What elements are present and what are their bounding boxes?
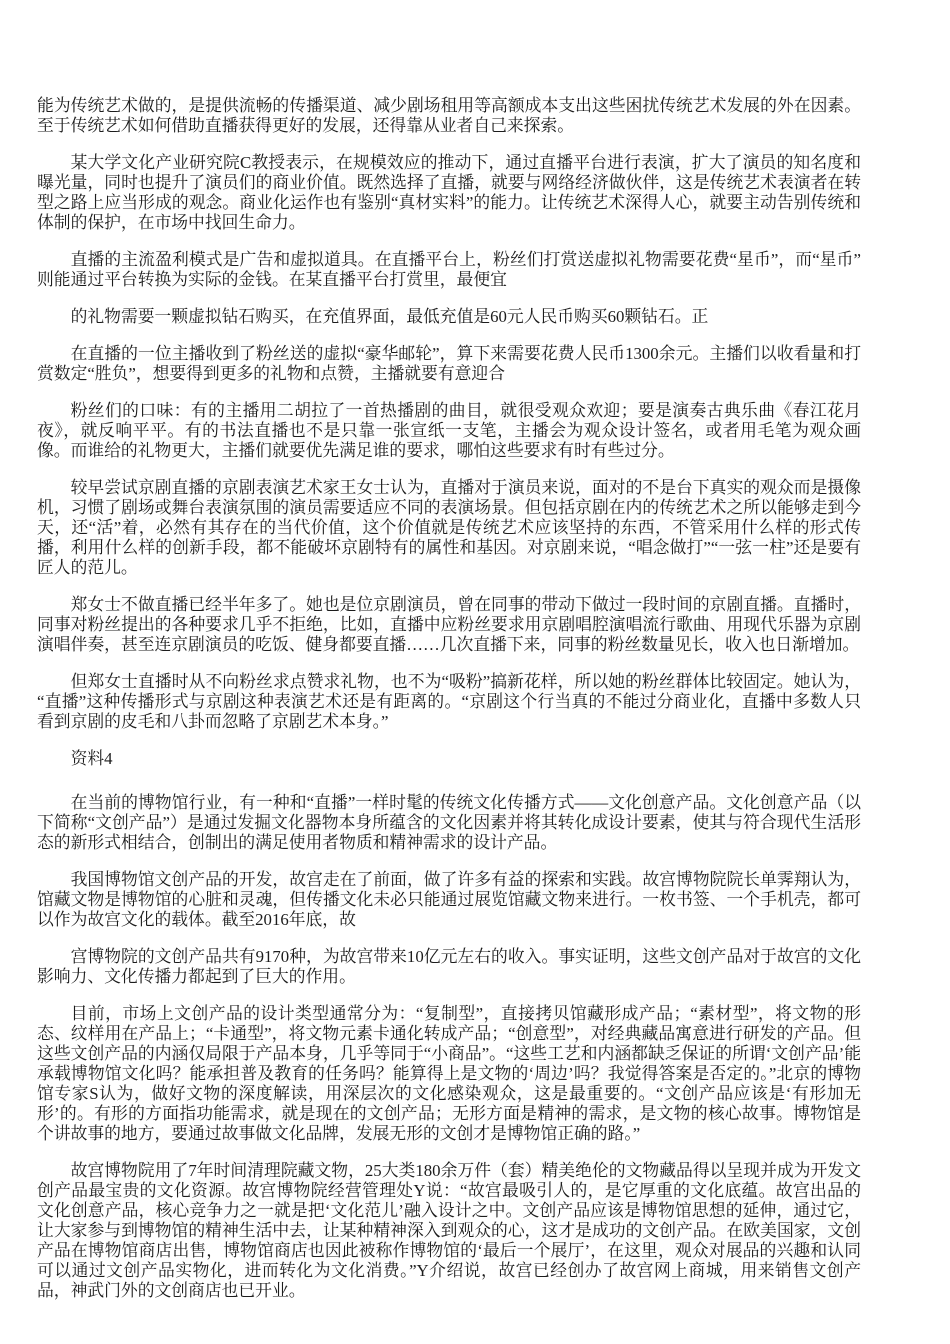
paragraph: 直播的主流盈利模式是广告和虚拟道具。在直播平台上，粉丝们打赏送虚拟礼物需要花费“… xyxy=(37,250,861,290)
paragraph: 粉丝们的口味：有的主播用二胡拉了一首热播剧的曲目，就很受观众欢迎；要是演奏古典乐… xyxy=(37,401,861,461)
paragraph: 某大学文化产业研究院C教授表示，在规模效应的推动下，通过直播平台进行表演，扩大了… xyxy=(37,153,861,233)
paragraph: 宫博物院的文创产品共有9170种，为故宫带来10亿元左右的收入。事实证明，这些文… xyxy=(37,947,861,987)
paragraph: 郑女士不做直播已经半年多了。她也是位京剧演员，曾在同事的带动下做过一段时间的京剧… xyxy=(37,595,861,655)
section-heading: 资料4 xyxy=(37,749,861,769)
paragraph: 目前，市场上文创产品的设计类型通常分为：“复制型”，直接拷贝馆藏形成产品；“素材… xyxy=(37,1004,861,1144)
paragraph: 我国博物馆文创产品的开发，故宫走在了前面，做了许多有益的探索和实践。故宫博物院院… xyxy=(37,870,861,930)
paragraph: 但郑女士直播时从不向粉丝求点赞求礼物，也不为“吸粉”搞新花样，所以她的粉丝群体比… xyxy=(37,672,861,732)
document-page: 能为传统艺术做的，是提供流畅的传播渠道、减少剧场租用等高额成本支出这些困扰传统艺… xyxy=(0,0,950,1344)
paragraph: 的礼物需要一颗虚拟钻石购买，在充值界面，最低充值是60元人民币购买60颗钻石。正 xyxy=(37,307,861,327)
paragraph-continuation: 能为传统艺术做的，是提供流畅的传播渠道、减少剧场租用等高额成本支出这些困扰传统艺… xyxy=(37,96,861,136)
paragraph: 在直播的一位主播收到了粉丝送的虚拟“豪华邮轮”，算下来需要花费人民币1300余元… xyxy=(37,344,861,384)
document-body: 能为传统艺术做的，是提供流畅的传播渠道、减少剧场租用等高额成本支出这些困扰传统艺… xyxy=(37,96,861,1318)
paragraph: 较早尝试京剧直播的京剧表演艺术家王女士认为，直播对于演员来说，面对的不是台下真实… xyxy=(37,478,861,578)
paragraph: 在当前的博物馆行业，有一种和“直播”一样时髦的传统文化传播方式——文化创意产品。… xyxy=(37,793,861,853)
paragraph: 故宫博物院用了7年时间清理院藏文物，25大类180余万件（套）精美绝伦的文物藏品… xyxy=(37,1161,861,1301)
